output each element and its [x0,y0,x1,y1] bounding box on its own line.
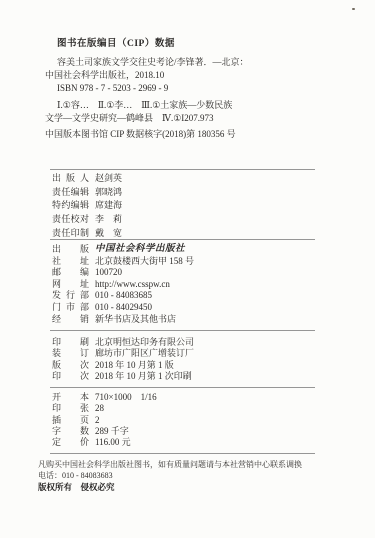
cip-block: 图书在版编目（CIP）数据 容美土司家族文学交往史考论/李锋著．—北京： 中国社… [45,38,347,141]
printing-section: 印刷 北京明恒达印务有限公司 装订 廊坊市广阳区广增装订厂 版次 2018 年 … [52,337,355,382]
service-phone: 电话：010 - 84083683 [38,470,357,481]
cip-line-classification-1: Ⅰ.①容… Ⅱ.①李… Ⅲ.①土家族—少数民族 [45,99,347,112]
field-label: 字数 [52,426,89,437]
field-value: 北京明恒达印务有限公司 [95,337,194,348]
format-row-sheet-size: 开本 710×1000 1/16 [52,392,355,403]
field-value: 郭晓鸿 [95,186,122,200]
field-value: 100720 [95,267,122,279]
field-label: 印刷 [52,337,89,348]
cip-title: 图书在版编目（CIP）数据 [45,38,347,50]
printing-row-bindery: 装订 廊坊市广阳区广增装订厂 [52,348,355,359]
field-label: 责任校对 [52,213,89,227]
field-value: 010 - 84083685 [95,290,152,302]
publisher-row-address: 社址 北京鼓楼西大街甲 158 号 [52,256,355,268]
printing-row-edition: 版次 2018 年 10 月第 1 版 [52,360,355,371]
format-row-price: 定价 116.00 元 [52,437,355,448]
printing-row-printer: 印刷 北京明恒达印务有限公司 [52,337,355,348]
field-value: 289 千字 [95,426,129,437]
field-value: 2018 年 10 月第 1 版 [95,360,174,371]
divider-line-5 [50,453,315,454]
divider-line-4 [50,387,315,388]
field-value: 李 莉 [95,213,122,227]
publisher-row-press: 出版 中国社会科学出版社 [52,244,355,256]
field-value: 赵剑英 [95,172,122,186]
divider-line-2 [50,239,315,240]
publisher-row-postcode: 邮编 100720 [52,267,355,279]
field-value: 28 [95,403,104,414]
field-label: 装订 [52,348,89,359]
cip-line-publisher: 中国社会科学出版社，2018.10 [45,69,347,82]
field-value: 北京鼓楼西大街甲 158 号 [95,256,194,268]
cip-line-book-title: 容美土司家族文学交往史考论/李锋著．—北京： [45,56,347,69]
publisher-section: 出版 中国社会科学出版社 社址 北京鼓楼西大街甲 158 号 邮编 100720… [52,244,355,325]
website-url: http://www.csspw.cn [95,279,170,291]
publisher-row-distributor: 经销 新华书店及其他书店 [52,314,355,326]
format-section: 开本 710×1000 1/16 印张 28 插页 2 字数 289 千字 定价… [52,392,355,448]
cip-line-record-number: 中国版本图书馆 CIP 数据核字(2018)第 180356 号 [45,128,347,141]
field-label: 开本 [52,392,89,403]
field-label: 版次 [52,360,89,371]
field-value: 116.00 元 [95,437,131,448]
divider-line-3 [50,330,315,331]
cip-line-isbn: ISBN 978 - 7 - 5203 - 2969 - 9 [45,82,347,95]
press-logotype: 中国社会科学出版社 [95,244,185,256]
field-value: 010 - 84029450 [95,302,152,314]
field-label: 定价 [52,437,89,448]
staff-section: 出版人 赵剑英 责任编辑 郭晓鸿 特约编辑 席建海 责任校对 李 莉 责任印制 … [52,172,355,241]
copyright-statement: 版权所有 侵权必究 [38,482,357,493]
field-label: 社址 [52,256,89,268]
field-label: 网址 [52,279,89,291]
cip-line-classification-2: 文学—文学史研究—鹤峰县 Ⅳ.①I207.973 [45,112,347,125]
field-label: 印次 [52,371,89,382]
field-label: 出版人 [52,172,89,186]
field-label: 经销 [52,314,89,326]
publisher-row-store-phone: 门市部 010 - 84029450 [52,302,355,314]
scan-speck [352,8,355,10]
field-label: 插页 [52,415,89,426]
field-value: 廊坊市广阳区广增装订厂 [95,348,194,359]
divider-line-1 [50,169,315,170]
publisher-row-distribution-phone: 发行部 010 - 84083685 [52,290,355,302]
notice-block: 凡购买中国社会科学出版社图书，如有质量问题请与本社营销中心联系调换 电话：010… [38,459,357,493]
field-label: 门市部 [52,302,89,314]
format-row-word-count: 字数 289 千字 [52,426,355,437]
field-value: 新华书店及其他书店 [95,314,176,326]
field-label: 出版 [52,244,89,256]
field-label: 责任编辑 [52,186,89,200]
staff-row-publisher-person: 出版人 赵剑英 [52,172,355,186]
publisher-row-website: 网址 http://www.csspw.cn [52,279,355,291]
field-value: 2 [95,415,100,426]
copyright-page: 图书在版编目（CIP）数据 容美土司家族文学交往史考论/李锋著．—北京： 中国社… [0,0,375,538]
field-label: 邮编 [52,267,89,279]
printing-row-impression: 印次 2018 年 10 月第 1 次印刷 [52,371,355,382]
staff-row-special-editor: 特约编辑 席建海 [52,199,355,213]
field-value: 710×1000 1/16 [95,392,157,403]
staff-row-proofreader: 责任校对 李 莉 [52,213,355,227]
field-label: 特约编辑 [52,199,89,213]
field-label: 印张 [52,403,89,414]
field-value: 2018 年 10 月第 1 次印刷 [95,371,192,382]
field-label: 发行部 [52,290,89,302]
quality-notice: 凡购买中国社会科学出版社图书，如有质量问题请与本社营销中心联系调换 [38,459,357,470]
format-row-printed-sheets: 印张 28 [52,403,355,414]
staff-row-editor: 责任编辑 郭晓鸿 [52,186,355,200]
format-row-inserts: 插页 2 [52,415,355,426]
field-value: 席建海 [95,199,122,213]
